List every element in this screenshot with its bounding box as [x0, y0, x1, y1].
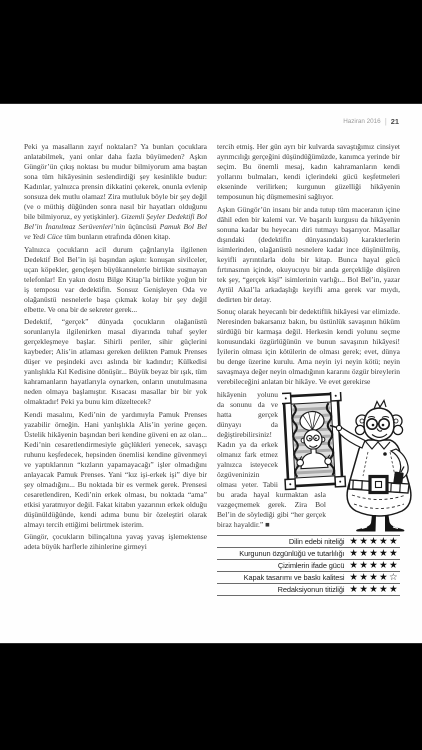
text-run: Dedektif, “gerçek” dünyada çocukların ol…: [24, 317, 207, 406]
text-run: Yalnızca çocukların acil durum çağrıları…: [24, 245, 207, 314]
article-body: Peki ya masalların zayıf noktaları? Ya b…: [24, 142, 400, 596]
rating-stars: ★★★★★: [349, 549, 399, 558]
body-paragraph: Dedektif, “gerçek” dünyada çocukların ol…: [24, 317, 207, 407]
rating-stars: ★★★★★: [349, 585, 399, 594]
rating-label: Dilin edebi niteliği: [289, 537, 345, 546]
body-paragraph: Sonuç olarak heyecanlı bir dedektiflik h…: [217, 307, 400, 387]
text-run: Peki ya masalların zayıf noktaları? Ya b…: [24, 142, 207, 221]
rating-stars: ★★★★★: [349, 561, 399, 570]
header-separator: |: [385, 117, 387, 126]
text-run: üçüncüsü: [125, 222, 159, 231]
rating-label: Kapak tasarımı ve baskı kalitesi: [244, 573, 345, 582]
rating-label: Kurgunun özgünlüğü ve tutarlılığı: [239, 549, 344, 558]
screenshot-stage: Haziran 2016 | 21 Peki ya masalların zay…: [0, 0, 422, 750]
body-paragraph: Yalnızca çocukların acil durum çağrıları…: [24, 245, 207, 315]
rating-stars: ★★★★☆: [349, 573, 399, 582]
text-run: Sonuç olarak heyecanlı bir dedektiflik h…: [217, 307, 400, 386]
magazine-page: Haziran 2016 | 21 Peki ya masalların zay…: [0, 104, 422, 643]
body-paragraph: tercih etmiş. Her gün ayrı bir kulvarda …: [217, 142, 400, 202]
letterbox-top: [0, 0, 422, 104]
issue-date: Haziran 2016: [343, 118, 380, 125]
column-left: Peki ya masalların zayıf noktaları? Ya b…: [24, 142, 207, 596]
column-right: tercih etmiş. Her gün ayrı bir kulvarda …: [217, 142, 400, 596]
rating-label: Çizimlerin ifade gücü: [278, 561, 345, 570]
rating-stars: ★★★★★: [349, 537, 399, 546]
rating-row: Kapak tasarımı ve baskı kalitesi★★★★☆: [217, 571, 400, 583]
letterbox-bottom: [0, 643, 422, 750]
text-run: tüm bunların etrafında dönen kitap.: [62, 232, 170, 241]
picture-frame-graphic: [282, 392, 345, 490]
rating-row: Redaksiyonun titizliği★★★★★: [217, 583, 400, 596]
rating-row: Dilin edebi niteliği★★★★★: [217, 535, 400, 547]
body-paragraph: Güngör, çocukların bilinçaltına yavaş ya…: [24, 532, 207, 552]
page-number: 21: [391, 117, 399, 126]
text-run: tercih etmiş. Her gün ayrı bir kulvarda …: [217, 142, 400, 201]
text-run: Güngör, çocukların bilinçaltına yavaş ya…: [24, 532, 207, 551]
rating-label: Redaksiyonun titizliği: [278, 585, 345, 594]
body-paragraph: Peki ya masalların zayıf noktaları? Ya b…: [24, 142, 207, 242]
rating-table: Dilin edebi niteliği★★★★★Kurgunun özgünl…: [217, 535, 400, 596]
page-header: Haziran 2016 | 21: [343, 117, 399, 126]
text-run: Aşkın Güngör’ün insanı bir anda tutup tü…: [217, 205, 400, 304]
rating-row: Kurgunun özgünlüğü ve tutarlılığı★★★★★: [217, 547, 400, 559]
body-paragraph: Aşkın Güngör’ün insanı bir anda tutup tü…: [217, 205, 400, 305]
text-run: Kendi masalını, Kedi’nin de yardımıyla P…: [24, 410, 207, 529]
body-paragraph: Kendi masalını, Kedi’nin de yardımıyla P…: [24, 410, 207, 530]
rating-row: Çizimlerin ifade gücü★★★★★: [217, 559, 400, 571]
